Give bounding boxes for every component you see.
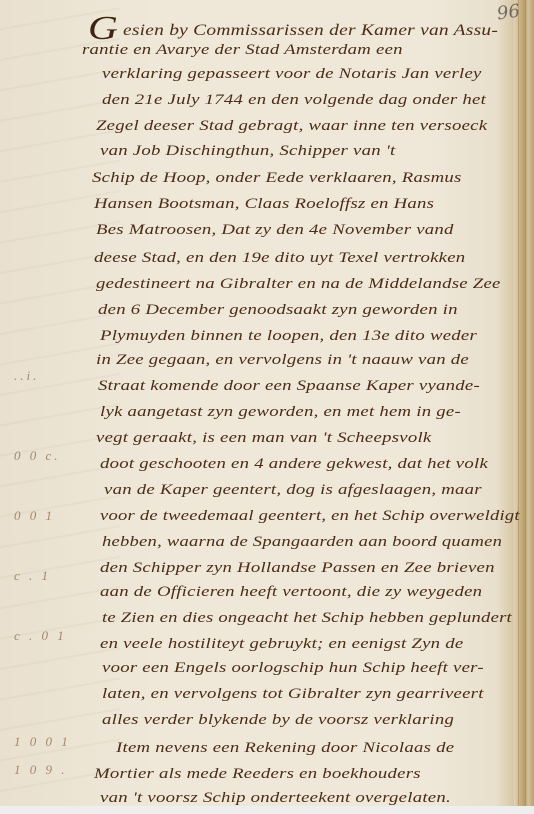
- manuscript-line: Item nevens een Rekening door Nicolaas d…: [116, 740, 454, 757]
- manuscript-line: den 21e July 1744 en den volgende dag on…: [102, 92, 486, 109]
- line-text: den Schipper zyn Hollandse Passen en Zee…: [100, 560, 495, 576]
- margin-mark: ..i.: [14, 368, 39, 384]
- margin-mark: c . 0 1: [14, 628, 67, 644]
- manuscript-line: Zegel deeser Stad gebragt, waar inne ten…: [96, 118, 487, 135]
- manuscript-line: gedestineert na Gibralter en na de Midde…: [96, 276, 501, 293]
- line-text: rantie en Avarye der Stad Amsterdam een: [82, 42, 403, 58]
- line-text: esien by Commissarissen der Kamer van As…: [123, 22, 498, 39]
- manuscript-line: aan de Officieren heeft vertoont, die zy…: [100, 584, 482, 601]
- line-text: Schip de Hoop, onder Eede verklaaren, Ra…: [92, 170, 462, 186]
- binding-edge: [525, 0, 526, 806]
- line-text: deese Stad, en den 19e dito uyt Texel ve…: [94, 250, 465, 266]
- manuscript-line: Straat komende door een Spaanse Kaper vy…: [98, 378, 480, 395]
- line-text: voor een Engels oorlogschip hun Schip he…: [102, 660, 484, 676]
- line-text: aan de Officieren heeft vertoont, die zy…: [100, 584, 482, 600]
- margin-mark: 1 0 0 1: [14, 734, 71, 750]
- manuscript-line: voor de tweedemaal geentert, en het Schi…: [100, 508, 520, 525]
- line-text: Bes Matroosen, Dat zy den 4e November va…: [96, 222, 454, 238]
- line-text: van 't voorsz Schip onderteekent overgel…: [100, 790, 451, 806]
- line-text: hebben, waarna de Spangaarden aan boord …: [102, 534, 502, 550]
- line-text: vegt geraakt, is een man van 't Scheepsv…: [96, 430, 431, 446]
- line-text: en veele hostiliteyt gebruykt; en eenigs…: [100, 636, 463, 652]
- manuscript-line: laten, en vervolgens tot Gibralter zyn g…: [102, 686, 484, 703]
- line-text: van de Kaper geentert, dog is afgeslaage…: [104, 482, 482, 498]
- manuscript-line: in Zee gegaan, en vervolgens in 't naauw…: [96, 352, 469, 369]
- viewer-bottom-bar: [0, 806, 534, 814]
- line-text: Item nevens een Rekening door Nicolaas d…: [116, 740, 454, 756]
- manuscript-line: den 6 December genoodsaakt zyn geworden …: [98, 302, 458, 319]
- manuscript-line: lyk aangetast zyn geworden, en met hem i…: [100, 404, 461, 421]
- line-text: van Job Dischingthun, Schipper van 't: [100, 143, 396, 159]
- line-text: laten, en vervolgens tot Gibralter zyn g…: [102, 686, 484, 702]
- manuscript-line: van 't voorsz Schip onderteekent overgel…: [100, 790, 451, 807]
- binding-edge: [518, 0, 519, 806]
- manuscript-line: Mortier als mede Reeders en boekhouders: [94, 766, 421, 783]
- book-binding: [514, 0, 534, 806]
- line-text: gedestineert na Gibralter en na de Midde…: [96, 276, 501, 292]
- margin-mark: c . 1: [14, 568, 51, 584]
- line-text: te Zien en dies ongeacht het Schip hebbe…: [102, 610, 512, 626]
- margin-mark: 0 0 1: [14, 508, 55, 524]
- line-text: Hansen Bootsman, Claas Roeloffsz en Hans: [94, 196, 434, 212]
- manuscript-line: alles verder blykende by de voorsz verkl…: [102, 712, 454, 729]
- manuscript-line: van Job Dischingthun, Schipper van 't: [100, 143, 396, 160]
- line-text: den 21e July 1744 en den volgende dag on…: [102, 92, 486, 108]
- page-number: 96: [496, 1, 522, 25]
- manuscript-line: den Schipper zyn Hollandse Passen en Zee…: [100, 560, 495, 577]
- manuscript-line: Plymuyden binnen te loopen, den 13e dito…: [100, 328, 477, 345]
- manuscript-page: 96 Gesien by Commissarissen der Kamer va…: [0, 0, 534, 806]
- manuscript-line: hebben, waarna de Spangaarden aan boord …: [102, 534, 502, 551]
- manuscript-line: doot geschooten en 4 andere gekwest, dat…: [100, 456, 488, 473]
- manuscript-line: Hansen Bootsman, Claas Roeloffsz en Hans: [94, 196, 434, 213]
- line-text: voor de tweedemaal geentert, en het Schi…: [100, 508, 520, 524]
- manuscript-line: rantie en Avarye der Stad Amsterdam een: [82, 42, 403, 59]
- line-text: Straat komende door een Spaanse Kaper vy…: [98, 378, 480, 394]
- line-text: Zegel deeser Stad gebragt, waar inne ten…: [96, 118, 487, 134]
- manuscript-line: te Zien en dies ongeacht het Schip hebbe…: [102, 610, 512, 627]
- line-text: verklaring gepasseert voor de Notaris Ja…: [102, 66, 482, 82]
- manuscript-line: deese Stad, en den 19e dito uyt Texel ve…: [94, 250, 465, 267]
- line-text: doot geschooten en 4 andere gekwest, dat…: [100, 456, 488, 472]
- manuscript-line: vegt geraakt, is een man van 't Scheepsv…: [96, 430, 431, 447]
- manuscript-line: van de Kaper geentert, dog is afgeslaage…: [104, 482, 482, 499]
- line-text: in Zee gegaan, en vervolgens in 't naauw…: [96, 352, 469, 368]
- line-text: lyk aangetast zyn geworden, en met hem i…: [100, 404, 461, 420]
- line-text: Mortier als mede Reeders en boekhouders: [94, 766, 421, 782]
- manuscript-line: verklaring gepasseert voor de Notaris Ja…: [102, 66, 482, 83]
- line-text: Plymuyden binnen te loopen, den 13e dito…: [100, 328, 477, 344]
- margin-mark: 0 0 c.: [14, 448, 61, 464]
- manuscript-line: Bes Matroosen, Dat zy den 4e November va…: [96, 222, 454, 239]
- manuscript-line: en veele hostiliteyt gebruykt; en eenigs…: [100, 636, 463, 653]
- line-text: alles verder blykende by de voorsz verkl…: [102, 712, 454, 728]
- manuscript-line: Schip de Hoop, onder Eede verklaaren, Ra…: [92, 170, 462, 187]
- margin-mark: 1 0 9 .: [14, 762, 68, 778]
- manuscript-line: voor een Engels oorlogschip hun Schip he…: [102, 660, 484, 677]
- line-text: den 6 December genoodsaakt zyn geworden …: [98, 302, 458, 318]
